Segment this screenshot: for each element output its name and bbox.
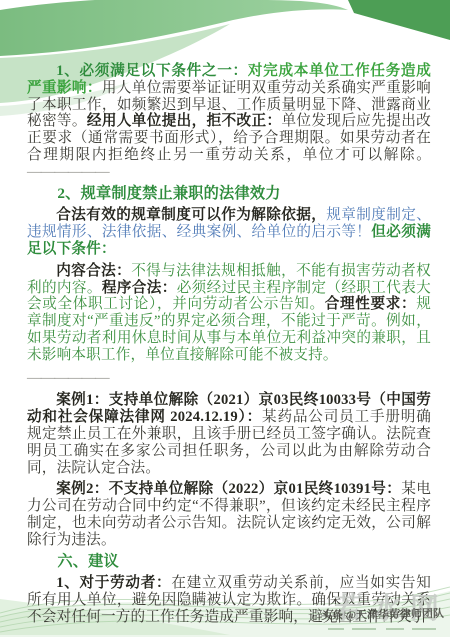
- paragraph-case-1: 案例1：支持单位解除（2021）京03民终10033号（中国劳动和社会保障法律网…: [27, 392, 431, 476]
- req-label-procedure: 程序合法：: [102, 280, 177, 296]
- advice-label: 1、对于劳动者：: [56, 575, 171, 591]
- top-right-corner-decoration: [340, 0, 450, 45]
- paragraph-advice: 1、对于劳动者：在建立双重劳动关系前，应当如实告知所有用人单位，避免因隐瞒被认定…: [27, 575, 431, 625]
- section-heading-advice: 六、建议: [27, 554, 431, 571]
- req-label-content: 内容合法：: [56, 263, 131, 279]
- conditions-label-2: 经用人单位提出，拒不改正：: [87, 113, 282, 129]
- article-body: 1、必须满足以下条件之一：对完成本单位工作任务造成严重影响：用人单位需要举证证明…: [27, 63, 431, 631]
- case2-label: 案例2：不支持单位解除（2022）京01民终10391号：: [56, 481, 401, 497]
- rules-lead: 合法有效的规章制度可以作为解除依据，: [56, 207, 326, 223]
- paragraph-requirements: 内容合法：不得与法律法规相抵触，不能有损害劳动者权利的内容。程序合法：必须经过民…: [27, 263, 431, 364]
- document-page: 1、必须满足以下条件之一：对完成本单位工作任务造成严重影响：用人单位需要举证证明…: [0, 0, 450, 637]
- corner-shape: [348, 0, 450, 40]
- req-label-reasonable: 合理性要求：: [325, 296, 417, 312]
- conditions-label: 1、必须满足以下条件之一：: [56, 63, 248, 79]
- separator-dashes: ——————: [27, 370, 431, 387]
- paragraph-conditions: 1、必须满足以下条件之一：对完成本单位工作任务造成严重影响：用人单位需要举证证明…: [27, 63, 431, 181]
- paragraph-rules: 合法有效的规章制度可以作为解除依据，规章制度制定、违规情形、法律依据、经典案例、…: [27, 207, 431, 257]
- paragraph-case-2: 案例2：不支持单位解除（2022）京01民终10391号：某电力公司在劳动合同中…: [27, 481, 431, 548]
- trailing-dashes: ——————: [27, 164, 109, 180]
- swoosh-main-band: [0, 0, 348, 56]
- section-heading-rules: 2、规章制度禁止兼职的法律效力: [27, 186, 431, 203]
